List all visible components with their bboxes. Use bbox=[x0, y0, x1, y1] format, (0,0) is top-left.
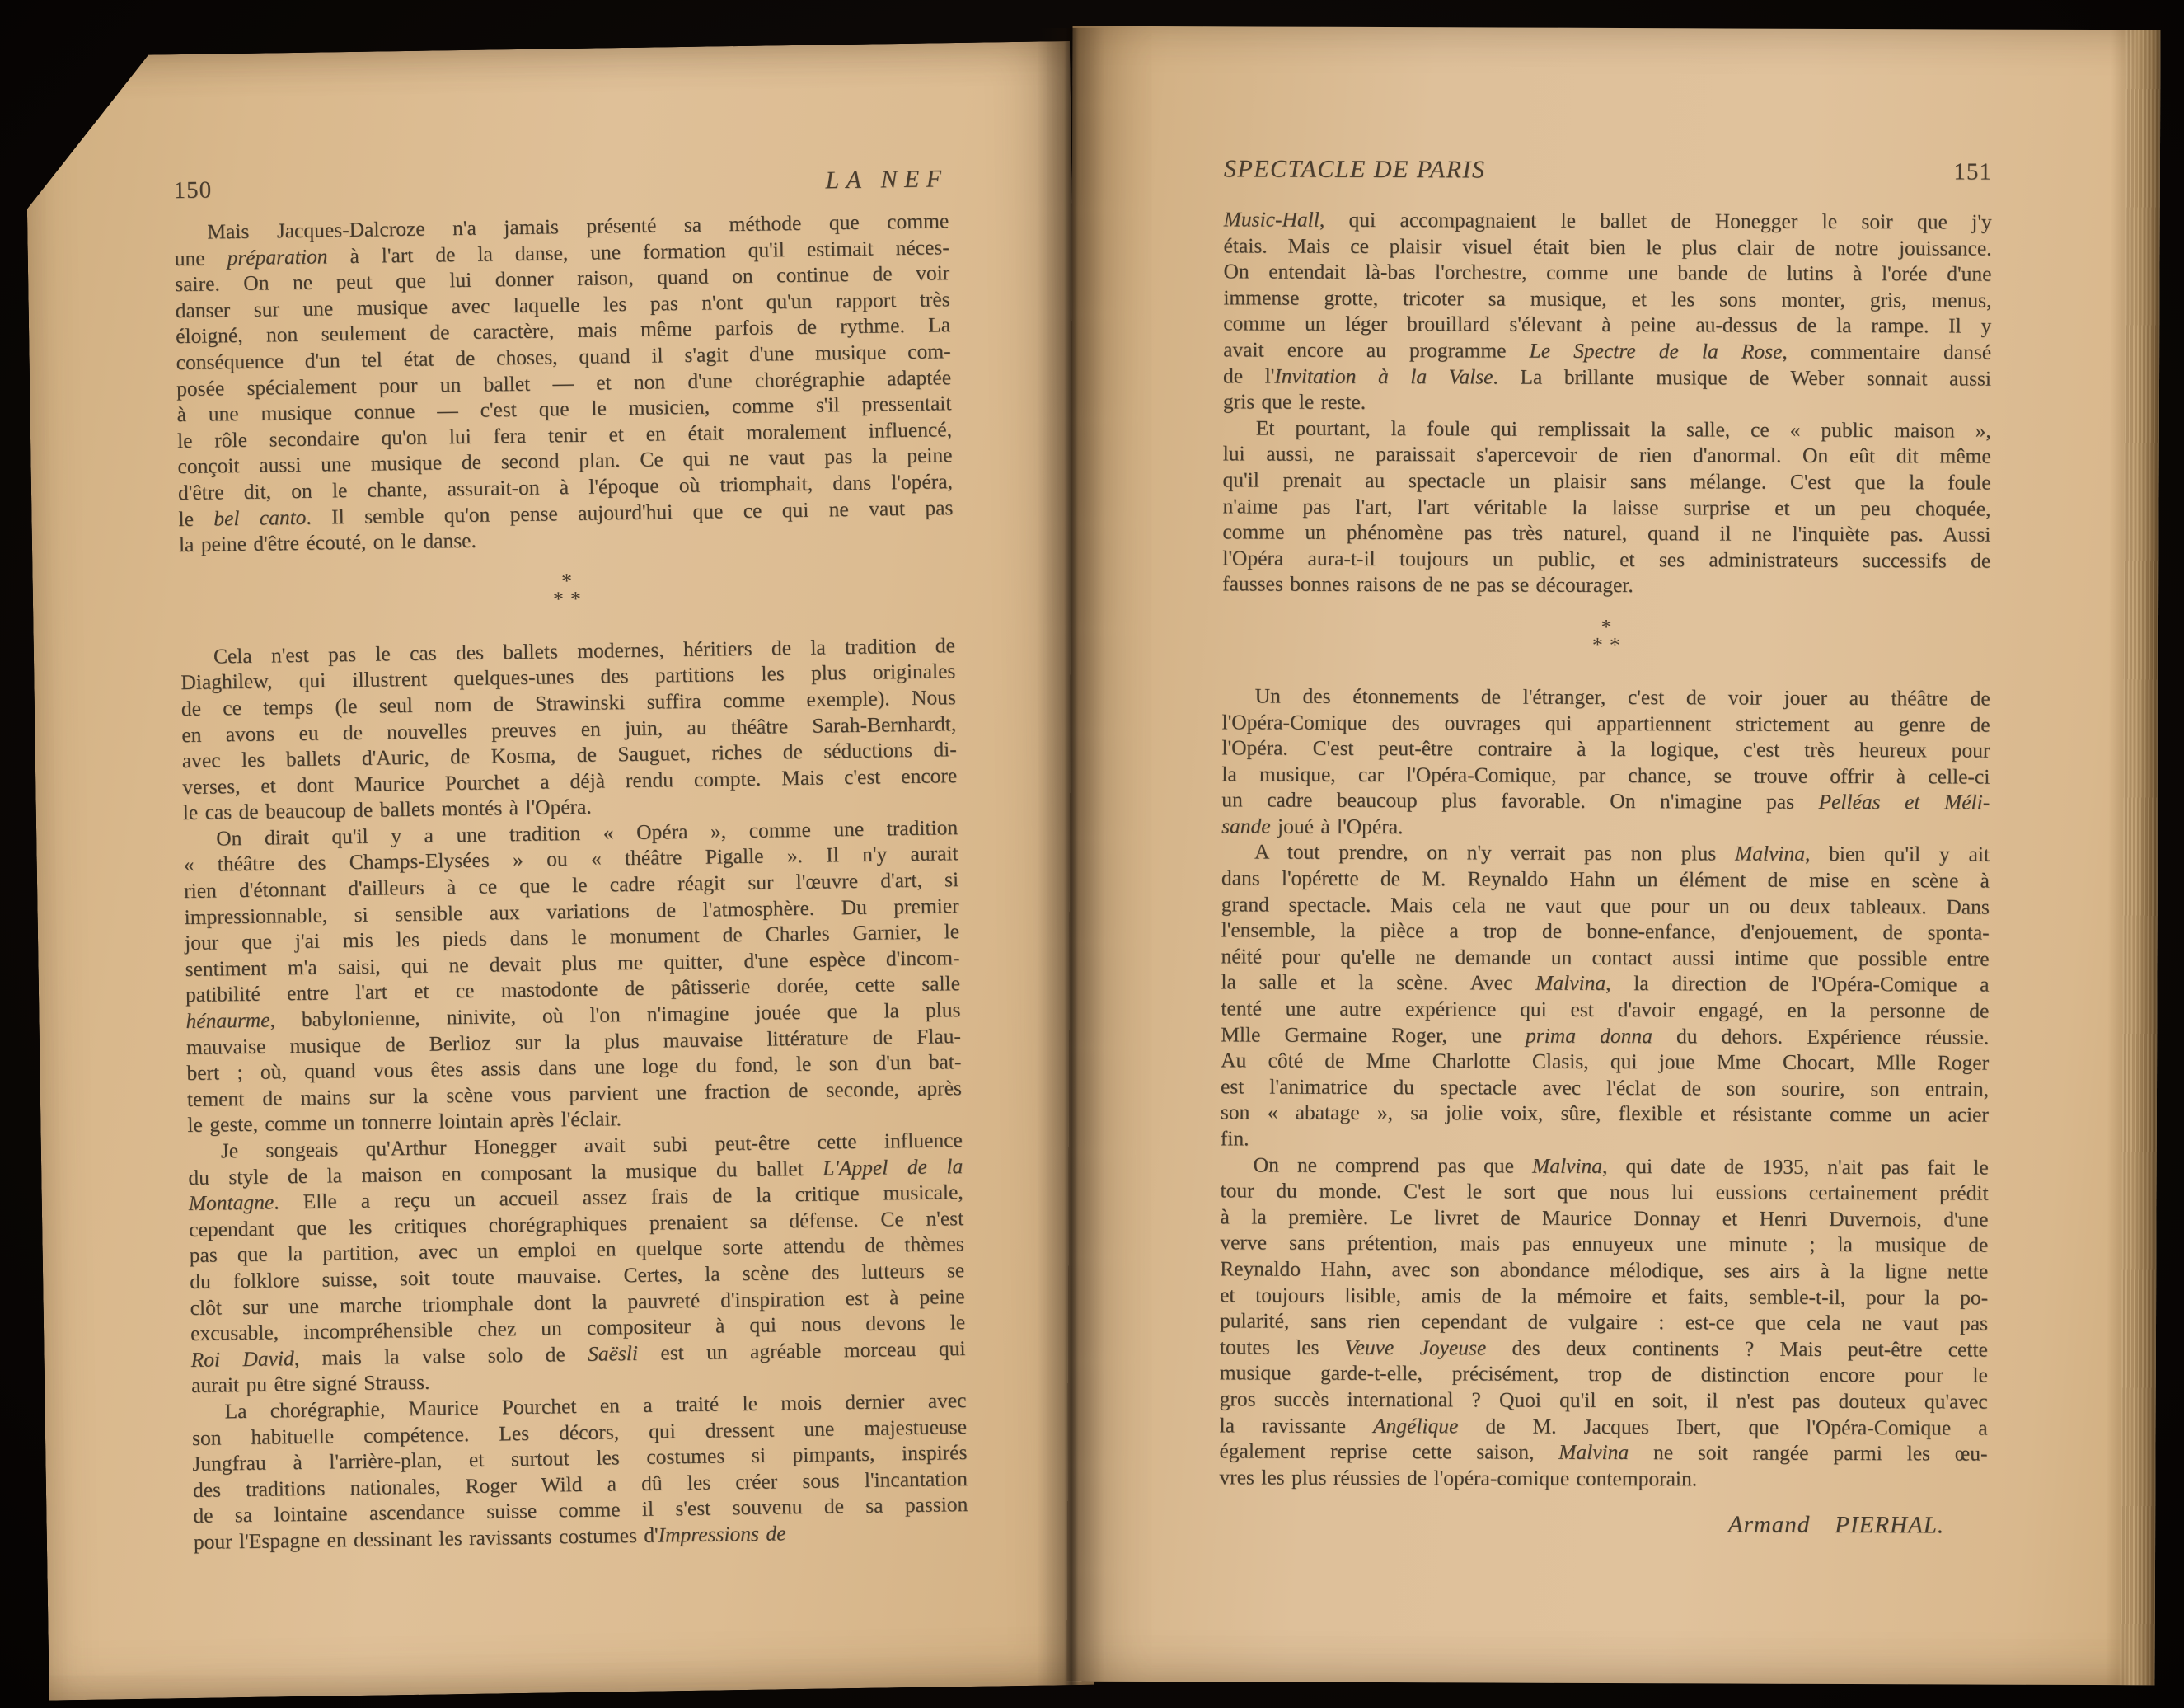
text-line: Reynaldo Hahn, avec son abondance mélodi… bbox=[1220, 1255, 1988, 1284]
text-line: immense grotte, tricoter sa musique, et … bbox=[1223, 284, 1991, 313]
left-page: 150 LA NEF Mais Jacques-Dalcroze n'a jam… bbox=[25, 41, 1094, 1701]
text-line: l'Opéra aura-t-il toujours un public, et… bbox=[1222, 545, 1990, 574]
text-line: Mlle Germaine Roger, une prima donna du … bbox=[1221, 1021, 1989, 1050]
text-line: musique garde-t-elle, précisément, trop … bbox=[1220, 1360, 1988, 1389]
text-line: Un des étonnements de l'étranger, c'est … bbox=[1222, 683, 1990, 711]
text-line: grand spectacle. Mais cela ne vaut que p… bbox=[1221, 891, 1990, 920]
text-line: toutes les Veuve Joyeuse des deux contin… bbox=[1220, 1334, 1988, 1363]
book-spread: 150 LA NEF Mais Jacques-Dalcroze n'a jam… bbox=[0, 0, 2184, 1708]
text-line: tour du monde. C'est le sort que nous lu… bbox=[1221, 1178, 1989, 1207]
text-line: comme un léger brouillard s'élevant à pe… bbox=[1223, 311, 1991, 340]
text-line: fin. bbox=[1221, 1125, 1989, 1154]
text-line: la ravissante Angélique de M. Jacques Ib… bbox=[1220, 1412, 1988, 1441]
text-line: fausses bonnes raisons de ne pas se déco… bbox=[1222, 571, 1990, 600]
text-line: la musique, car l'Opéra-Comique, par cha… bbox=[1221, 761, 1990, 790]
text-line: son « abatage », sa jolie voix, sûre, fl… bbox=[1221, 1100, 1989, 1128]
left-page-header: 150 LA NEF bbox=[173, 165, 948, 204]
text-line: l'Opéra-Comique des ouvrages qui apparti… bbox=[1222, 709, 1990, 738]
text-line: dans l'opérette de M. Reynaldo Hahn un é… bbox=[1221, 865, 1990, 894]
text-line: comme un phénomène pas très naturel, qua… bbox=[1222, 518, 1990, 547]
text-line: n'aime pas l'art, l'art véritable la lai… bbox=[1222, 493, 1990, 522]
text-line: Music-Hall, qui accompagnaient le ballet… bbox=[1224, 206, 1992, 235]
page-number: 150 bbox=[173, 176, 212, 204]
text-line: à la première. Le livret de Maurice Donn… bbox=[1220, 1204, 1988, 1232]
text-line: la salle et la scène. Avec Malvina, la d… bbox=[1221, 969, 1989, 998]
text-line: Au côté de Mme Charlotte Clasis, qui jou… bbox=[1221, 1048, 1989, 1077]
right-page: SPECTACLE DE PARIS 151 Music-Hall, qui a… bbox=[1066, 26, 2160, 1686]
text-line: A tout prendre, on n'y verrait pas non p… bbox=[1221, 839, 1990, 868]
text-body: Music-Hall, qui accompagnaient le ballet… bbox=[1219, 206, 1992, 1540]
running-title: LA NEF bbox=[825, 165, 949, 195]
text-line: avait encore au programme Le Spectre de … bbox=[1223, 336, 1991, 365]
text-line: néité pour qu'elle ne demande un contact… bbox=[1221, 943, 1990, 972]
text-line: sande joué à l'Opéra. bbox=[1221, 813, 1990, 842]
page-number: 151 bbox=[1953, 158, 1992, 185]
text-line: verve sans prétention, mais pas ennuyeux… bbox=[1220, 1230, 1988, 1259]
text-line: un cadre beaucoup plus favorable. On n'i… bbox=[1221, 787, 1990, 816]
text-line: l'Opéra. C'est peut-être contraire à la … bbox=[1221, 734, 1990, 763]
text-line: étais. Mais ce plaisir visuel était bien… bbox=[1224, 232, 1992, 261]
text-line: est l'animatrice du spectacle avec l'écl… bbox=[1221, 1073, 1989, 1102]
right-page-header: SPECTACLE DE PARIS 151 bbox=[1224, 155, 1992, 185]
text-line: vres les plus réussies de l'opéra-comiqu… bbox=[1219, 1464, 1987, 1493]
book-fore-edge bbox=[2105, 30, 2160, 1685]
text-line: l'ensemble, la pièce a trop de bonne-enf… bbox=[1221, 917, 1990, 946]
text-line: On entendait là-bas l'orchestre, comme u… bbox=[1223, 259, 1991, 288]
text-body: Mais Jacques-Dalcroze n'a jamais présent… bbox=[174, 208, 968, 1555]
text-line: qu'il prenait au spectacle un plaisir sa… bbox=[1223, 467, 1991, 495]
text-line: de l'Invitation à la Valse. La brillante… bbox=[1223, 363, 1991, 392]
text-line: gros succès international ? Quoi qu'il e… bbox=[1220, 1386, 1988, 1415]
text-line: également reprise cette saison, Malvina … bbox=[1219, 1438, 1987, 1466]
text-line: gris que le reste. bbox=[1223, 388, 1991, 417]
text-line: lui aussi, ne paraissait s'apercevoir de… bbox=[1223, 441, 1991, 470]
text-line: On ne comprend pas que Malvina, qui date… bbox=[1221, 1152, 1989, 1180]
text-line: pularité, sans rien cependant de vulgair… bbox=[1220, 1307, 1988, 1336]
asterism: *** bbox=[180, 566, 955, 614]
asterism: *** bbox=[1222, 617, 1990, 655]
signature: Armand PIERHAL. bbox=[1219, 1510, 1987, 1540]
running-title: SPECTACLE DE PARIS bbox=[1224, 155, 1486, 184]
text-line: et toujours lisible, amis de la mémoire … bbox=[1220, 1282, 1988, 1311]
text-line: Et pourtant, la foule qui remplissait la… bbox=[1223, 415, 1991, 443]
text-line: tenté une autre expérience qui est d'avo… bbox=[1221, 995, 1989, 1024]
